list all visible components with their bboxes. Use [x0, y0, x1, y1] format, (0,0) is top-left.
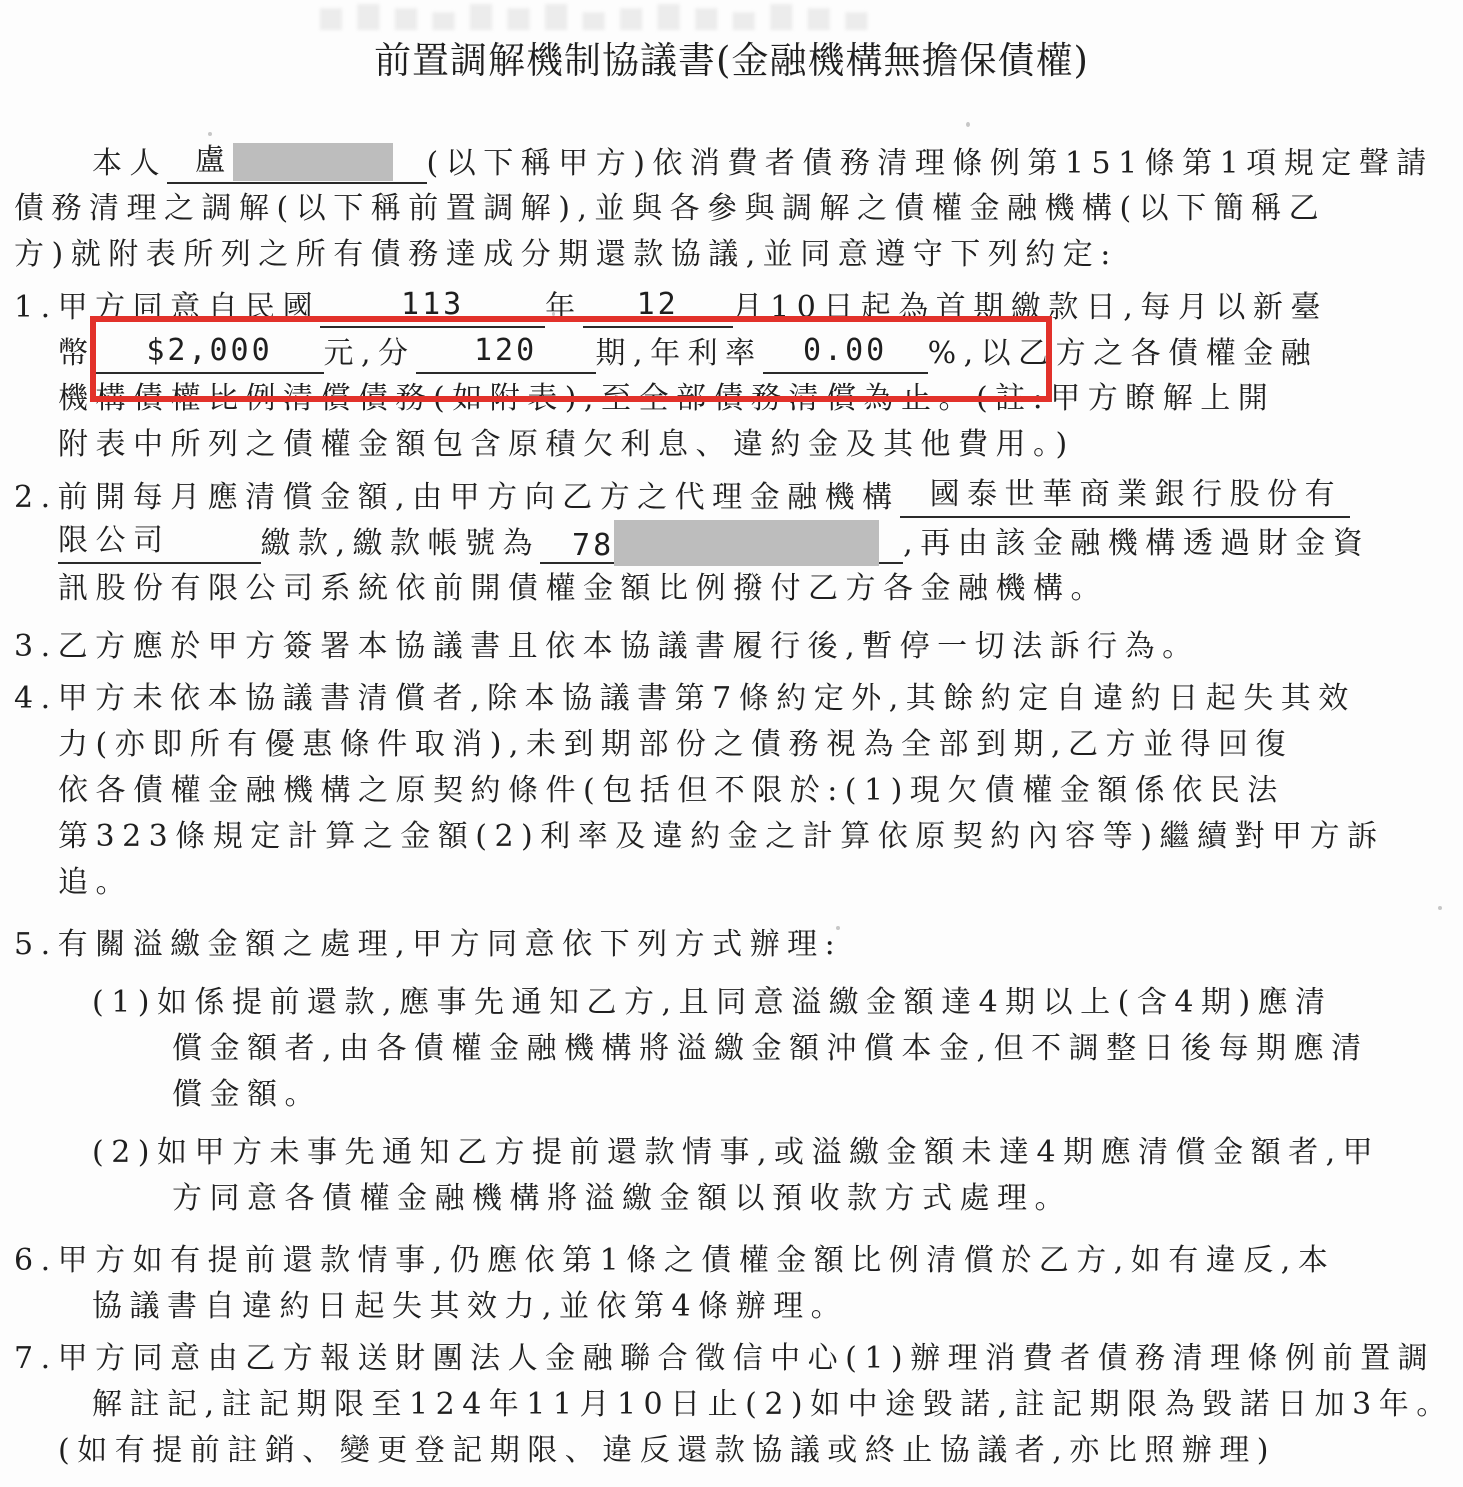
document-line: (2)如甲方未事先通知乙方提前還款情事,或溢繳金額未達4期應清償金額者,甲	[0, 1130, 1463, 1176]
scan-speck	[836, 926, 840, 930]
field-agent-bank-line2: 限公司	[58, 520, 261, 564]
text-run: 方同意各債權金融機構將溢繳金額以預收款方式處理。	[172, 1181, 1072, 1216]
clause-6: 6.甲方如有提前還款情事,仍應依第1條之債權金額比例清償於乙方,如有違反,本協議…	[0, 1238, 1463, 1330]
document-line: 幣$2,000元,分120期,年利率0.00%,以乙方之各債權金融	[0, 330, 1463, 376]
text-run: (2)如甲方未事先通知乙方提前還款情事,或溢繳金額未達4期應清償金額者,甲	[92, 1135, 1380, 1170]
document-line: 方)就附表所列之所有債務達成分期還款協議,並同意遵守下列約定:	[0, 232, 1463, 278]
blank-value: 盧	[195, 143, 233, 178]
document-line: 協議書自違約日起失其效力,並依第4條辦理。	[0, 1284, 1463, 1330]
field-debtor-name: 盧	[167, 140, 427, 184]
scan-speck	[552, 312, 555, 316]
text-run: 機構債權比例清償債務(如附表),至全部債務清償為止。(註:甲方瞭解上開	[58, 381, 1275, 416]
document-line: 2.前開每月應清償金額,由甲方向乙方之代理金融機構國泰世華商業銀行股份有	[0, 474, 1463, 520]
text-run: 第323條規定計算之金額(2)利率及違約金之計算依原契約內容等)繼續對甲方訴	[58, 819, 1384, 854]
redaction-box	[233, 143, 393, 181]
text-run: 月10日起為首期繳款日,每月以新臺	[733, 290, 1328, 325]
text-run: 期,年利率	[596, 336, 763, 371]
text-run: 方)就附表所列之所有債務達成分期還款協議,並同意遵守下列約定:	[14, 237, 1118, 272]
document-line: 追。	[0, 860, 1463, 906]
document-line: 6.甲方如有提前還款情事,仍應依第1條之債權金額比例清償於乙方,如有違反,本	[0, 1238, 1463, 1284]
text-run: (以下稱甲方)依消費者債務清理條例第151條第1項規定聲請	[427, 146, 1434, 181]
clause-2: 2.前開每月應清償金額,由甲方向乙方之代理金融機構國泰世華商業銀行股份有限公司繳…	[0, 474, 1463, 612]
clause-4: 4.甲方未依本協議書清償者,除本協議書第7條約定外,其餘約定自違約日起失其效力(…	[0, 676, 1463, 906]
document-line: 償金額。	[0, 1072, 1463, 1118]
field-monthly-amount: $2,000	[96, 330, 324, 374]
text-run: 協議書自違約日起失其效力,並依第4條辦理。	[92, 1289, 848, 1324]
scan-speck	[208, 132, 212, 136]
document-line: 債務清理之調解(以下稱前置調解),並與各參與調解之債權金融機構(以下簡稱乙	[0, 186, 1463, 232]
document-line: 機構債權比例清償債務(如附表),至全部債務清償為止。(註:甲方瞭解上開	[0, 376, 1463, 422]
document-line: 方同意各債權金融機構將溢繳金額以預收款方式處理。	[0, 1176, 1463, 1222]
document-line: 訊股份有限公司系統依前開債權金額比例撥付乙方各金融機構。	[0, 566, 1463, 612]
field-installments: 120	[416, 330, 596, 374]
field-interest-rate: 0.00	[763, 330, 928, 374]
document-line: 附表中所列之債權金額包含原積欠利息、違約金及其他費用。)	[0, 422, 1463, 468]
document-line: 第323條規定計算之金額(2)利率及違約金之計算依原契約內容等)繼續對甲方訴	[0, 814, 1463, 860]
text-run: 解註記,註記期限至124年11月10日止(2)如中途毀諾,註記期限為毀諾日加3年…	[92, 1387, 1454, 1422]
text-run: 1.甲方同意自民國	[14, 290, 320, 325]
clause-7: 7.甲方同意由乙方報送財團法人金融聯合徵信中心(1)辦理消費者債務清理條例前置調…	[0, 1336, 1463, 1474]
text-run: %,以乙方之各債權金融	[928, 336, 1319, 371]
text-run: 力(亦即所有優惠條件取消),未到期部份之債務視為全部到期,乙方並得回復	[58, 727, 1293, 762]
text-run: 追。	[58, 865, 133, 900]
field-month: 12	[583, 284, 733, 328]
document-line: 解註記,註記期限至124年11月10日止(2)如中途毀諾,註記期限為毀諾日加3年…	[0, 1382, 1463, 1428]
document-line: 4.甲方未依本協議書清償者,除本協議書第7條約定外,其餘約定自違約日起失其效	[0, 676, 1463, 722]
document-body: 本人盧(以下稱甲方)依消費者債務清理條例第151條第1項規定聲請債務清理之調解(…	[0, 140, 1463, 1474]
text-run: 償金額。	[172, 1077, 322, 1112]
clause-3: 3.乙方應於甲方簽署本協議書且依本協議書履行後,暫停一切法訴行為。	[0, 624, 1463, 670]
document-line: 1.甲方同意自民國113年12月10日起為首期繳款日,每月以新臺	[0, 284, 1463, 330]
scan-artifact-header: ▆▇▆▅▇▆▇▅▆▇▆▅▇▆▅	[320, 0, 1220, 30]
document-line: 力(亦即所有優惠條件取消),未到期部份之債務視為全部到期,乙方並得回復	[0, 722, 1463, 768]
document-line: 依各債權金融機構之原契約條件(包括但不限於:(1)現欠債權金額係依民法	[0, 768, 1463, 814]
text-run: 幣	[58, 336, 96, 371]
text-run: (1)如係提前還款,應事先通知乙方,且同意溢繳金額達4期以上(含4期)應清	[92, 985, 1333, 1020]
text-run: 本人	[92, 146, 167, 181]
scan-speck	[1438, 906, 1442, 910]
text-run: 4.甲方未依本協議書清償者,除本協議書第7條約定外,其餘約定自違約日起失其效	[14, 681, 1356, 716]
document-line: 3.乙方應於甲方簽署本協議書且依本協議書履行後,暫停一切法訴行為。	[0, 624, 1463, 670]
document-line: (如有提前註銷、變更登記期限、違反還款協議或終止協議者,亦比照辦理)	[0, 1428, 1463, 1474]
document-line: 7.甲方同意由乙方報送財團法人金融聯合徵信中心(1)辦理消費者債務清理條例前置調	[0, 1336, 1463, 1382]
scan-speck	[966, 122, 970, 127]
field-agent-bank-line1: 國泰世華商業銀行股份有	[900, 474, 1351, 518]
document-line: 償金額者,由各債權金融機構將溢繳金額沖償本金,但不調整日後每期應清	[0, 1026, 1463, 1072]
text-run: 年	[545, 290, 583, 325]
scanned-document-page: { "page": { "title": "前置調解機制協議書(金融機構無擔保債…	[0, 0, 1463, 1487]
redaction-box	[614, 520, 879, 566]
text-run: ,再由該金融機構透過財金資	[903, 526, 1370, 561]
blank-value: 78	[572, 528, 614, 563]
text-run: 元,分	[324, 336, 416, 371]
page-title: 前置調解機制協議書(金融機構無擔保債權)	[0, 30, 1463, 92]
text-run: 訊股份有限公司系統依前開債權金額比例撥付乙方各金融機構。	[58, 571, 1108, 606]
text-run: 債務清理之調解(以下稱前置調解),並與各參與調解之債權金融機構(以下簡稱乙	[14, 191, 1326, 226]
text-run: 6.甲方如有提前還款情事,仍應依第1條之債權金額比例清償於乙方,如有違反,本	[14, 1243, 1335, 1278]
text-run: 2.前開每月應清償金額,由甲方向乙方之代理金融機構	[14, 480, 900, 515]
clause-1: 1.甲方同意自民國113年12月10日起為首期繳款日,每月以新臺幣$2,000元…	[0, 284, 1463, 468]
field-roc-year: 113	[320, 284, 545, 328]
text-run: 附表中所列之債權金額包含原積欠利息、違約金及其他費用。)	[58, 427, 1075, 462]
text-run: 3.乙方應於甲方簽署本協議書且依本協議書履行後,暫停一切法訴行為。	[14, 629, 1200, 664]
text-run: 依各債權金融機構之原契約條件(包括但不限於:(1)現欠債權金額係依民法	[58, 773, 1285, 808]
text-run: (如有提前註銷、變更登記期限、違反還款協議或終止協議者,亦比照辦理)	[58, 1433, 1276, 1468]
document-line: (1)如係提前還款,應事先通知乙方,且同意溢繳金額達4期以上(含4期)應清	[0, 980, 1463, 1026]
text-run: 5.有關溢繳金額之處理,甲方同意依下列方式辦理:	[14, 927, 842, 962]
document-line: 本人盧(以下稱甲方)依消費者債務清理條例第151條第1項規定聲請	[0, 140, 1463, 186]
clause-5: 5.有關溢繳金額之處理,甲方同意依下列方式辦理:(1)如係提前還款,應事先通知乙…	[0, 922, 1463, 1222]
text-run: 繳款,繳款帳號為	[261, 526, 541, 561]
document-line: 5.有關溢繳金額之處理,甲方同意依下列方式辦理:	[0, 922, 1463, 968]
document-line: 限公司繳款,繳款帳號為78,再由該金融機構透過財金資	[0, 520, 1463, 566]
text-run: 償金額者,由各債權金融機構將溢繳金額沖償本金,但不調整日後每期應清	[172, 1031, 1369, 1066]
intro: 本人盧(以下稱甲方)依消費者債務清理條例第151條第1項規定聲請債務清理之調解(…	[0, 140, 1463, 278]
text-run: 7.甲方同意由乙方報送財團法人金融聯合徵信中心(1)辦理消費者債務清理條例前置調	[14, 1341, 1435, 1376]
field-account-number: 78	[540, 520, 903, 564]
